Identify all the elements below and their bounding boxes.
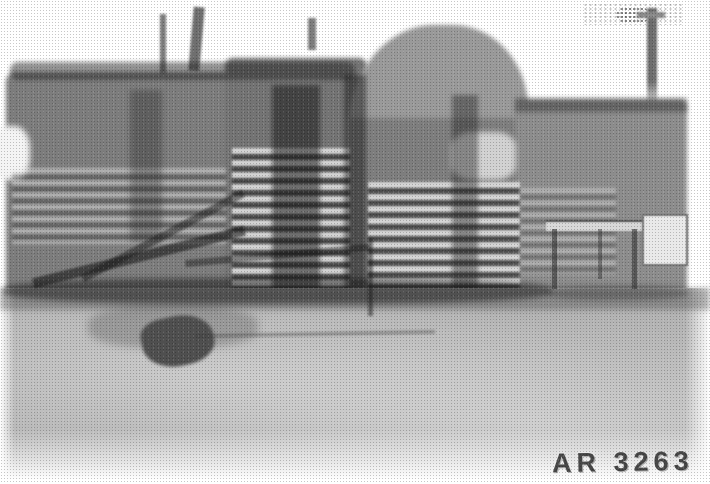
table-leg: [552, 229, 557, 289]
utility-pole-crossarm: [637, 12, 665, 18]
building-base-shadow-right: [548, 286, 688, 300]
dark-post: [344, 75, 366, 303]
roofline-shadow-right: [515, 98, 687, 112]
protruding-stick: [308, 18, 316, 50]
stacked-boards-band: [12, 168, 226, 244]
table-top: [546, 220, 644, 231]
thin-post: [368, 238, 373, 316]
dark-post: [272, 85, 320, 303]
halftone-photograph: AR 3263: [0, 0, 710, 484]
dark-post: [130, 90, 162, 242]
table-leg: [632, 229, 637, 289]
table-leg: [598, 229, 602, 279]
scanned-page: AR 3263: [0, 0, 710, 484]
dark-post: [452, 95, 478, 297]
utility-pole: [647, 8, 657, 112]
crate: [642, 214, 688, 266]
archival-stamp: AR 3263: [552, 446, 694, 479]
building-base-shadow: [4, 278, 552, 304]
roofline-shadow: [10, 62, 355, 80]
